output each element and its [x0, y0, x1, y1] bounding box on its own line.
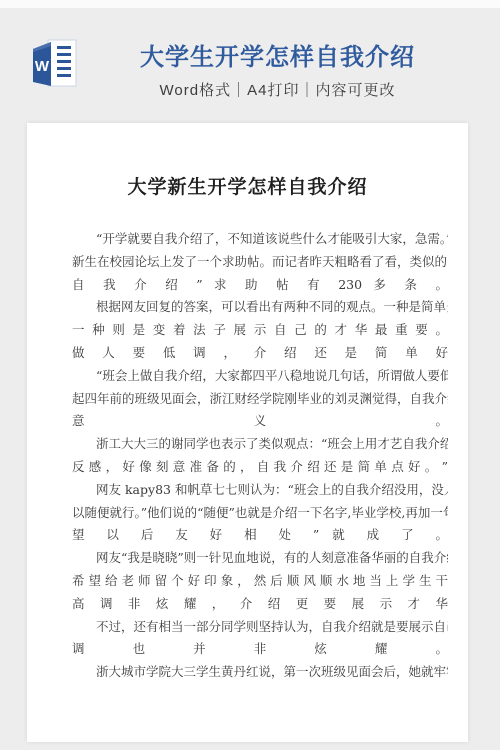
doc-line: “班会上做自我介绍，大家都四平八稳地说几句话，所谓做人要低调。”回忆 [72, 365, 448, 388]
doc-line: 根据网友回复的答案，可以看出有两种不同的观点。一种是简单介绍就 OK，另 [72, 296, 448, 319]
doc-line: “开学就要自我介绍了，不知道该说些什么才能吸引大家，急需。”一位大一 [72, 228, 448, 251]
document-title: 大学新生开学怎样自我介绍 [27, 123, 468, 199]
doc-line: 以随便就行。”他们说的“随便”也就是介绍一下名字,毕业学校,再加一句“希 [72, 502, 448, 525]
word-icon: W [29, 37, 81, 89]
word-icon-letter: W [35, 58, 50, 75]
doc-line: 起四年前的班级见面会，浙江财经学院刚毕业的刘灵渊觉得，自我介绍并无多大 [72, 388, 448, 411]
doc-line: 自 我 介 绍 ” 求 助 帖 有 230 多 条 。 [72, 274, 448, 297]
document-body: “开学就要自我介绍了，不知道该说些什么才能吸引大家，急需。”一位大一新生在校园论… [72, 228, 448, 684]
doc-line: 新生在校园论坛上发了一个求助帖。而记者昨天粗略看了看，类似的“大学开学 [72, 251, 448, 274]
document-page: 大学新生开学怎样自我介绍 “开学就要自我介绍了，不知道该说些什么才能吸引大家，急… [27, 123, 468, 742]
doc-line: 高 调 非 炫 耀 ， 介 绍 更 要 展 示 才 华 [72, 593, 448, 616]
doc-line: 希 望 给 老 师 留 个 好 印 象 ， 然 后 顺 风 顺 水 地 当 上 … [72, 570, 448, 593]
doc-line: 反 感 ， 好 像 刻 意 准 备 的 ， 自 我 介 绍 还 是 简 单 点 … [72, 456, 448, 479]
doc-line: 一 种 则 是 变 着 法 子 展 示 自 己 的 才 华 最 重 要 。 [72, 319, 448, 342]
header-subtitle: Word格式｜A4打印｜内容可更改 [90, 79, 465, 100]
doc-line: 浙工大大三的谢同学也表示了类似观点：“班会上用才艺自我介绍的人总会很 [72, 433, 448, 456]
doc-line: 望 以 后 友 好 相 处 ” 就 成 了 。 [72, 524, 448, 547]
template-header: W 大学生开学怎样自我介绍 Word格式｜A4打印｜内容可更改 [0, 0, 500, 115]
doc-line: 意 义 。 [72, 410, 448, 433]
doc-line: 浙大城市学院大三学生黄丹红说，第一次班级见面会后，她就牢牢记住了李博 [72, 661, 448, 684]
doc-line: 不过，还有相当一部分同学则坚持认为，自我介绍就是要展示自己的才华，高 [72, 616, 448, 639]
doc-line: 调 也 并 非 炫 耀 。 [72, 638, 448, 661]
header-title: 大学生开学怎样自我介绍 [90, 44, 465, 72]
doc-line: 网友 kapy83 和帆草七七则认为：“班会上的自我介绍没用，没人会记住你，所 [72, 479, 448, 502]
doc-line: 网友“我是晓晓”则一针见血地说，有的人刻意准备华丽的自我介绍，目的是 [72, 547, 448, 570]
doc-line: 做 人 要 低 调 ， 介 绍 还 是 简 单 好 [72, 342, 448, 365]
